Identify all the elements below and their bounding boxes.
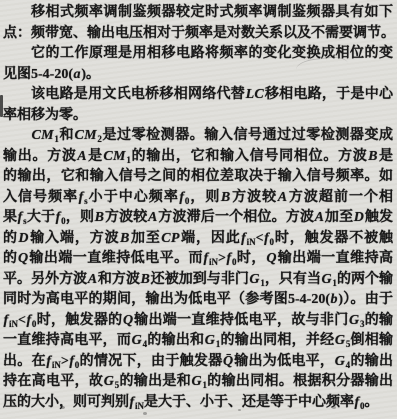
text-line: 果fs大于f0，则B方波较A方波滞后一个相位。方波A加至D触发器	[3, 208, 393, 229]
text-line: 压的大小，则可判别fiN是大于、小于、还是等于中心频率f0。	[3, 393, 393, 414]
text-line: CM1和CM2是过零检测器。输入信号通过过零检测器变成方波	[3, 126, 393, 147]
scanned-page: 移相式频率调制鉴频器较定时式频率调制鉴频器具有如下优点：频带宽、输出电压相对于频…	[0, 0, 397, 419]
text-line: 该电路是用文氏电桥移相网络代替LC移相电路，于是中心频	[3, 85, 393, 106]
text-line: 输出。方波A是CM1的输出，它和输入信号同相位。方波B是CM2	[3, 147, 393, 168]
text-line: 率相移为零。	[3, 106, 393, 127]
text-line: 的输出，它和输入信号之间的相位差取决于输入信号频率。如果输	[3, 167, 393, 188]
text-line: 入信号频率fs小于中心频率f0，则B方波较A方波超前一个相位，如	[3, 188, 393, 209]
text-line: 移相式频率调制鉴频器较定时式频率调制鉴频器具有如下优	[3, 3, 393, 24]
text-line: 一直维持高电平，而G4的输出和G1的输出同相，并经G5倒相输	[3, 331, 393, 352]
text-line: 的D输入端，方波B加至CP端，因此fiN<f0时，触发器不被触发，它	[3, 229, 393, 250]
text-line: 出。在fiN>f0的情况下，由于触发器Q̄输出为低电平，G4的输出维	[3, 352, 393, 373]
text-line: 同时为高电平的期间，输出为低电平（参考图5-4-20(b)）。由于	[3, 290, 393, 311]
text-line: 点：频带宽、输出电压相对于频率是对数关系以及不需要调节。	[3, 24, 393, 45]
text-line: 见图5-4-20(a)。	[3, 65, 393, 86]
text-line: 它的工作原理是用相移电路将频率的变化变换成相位的变化。	[3, 44, 393, 65]
text-line: fiN<f0时，触发器的Q输出端一直维持低电平，故与非门G3的输出	[3, 311, 393, 332]
body-text: 移相式频率调制鉴频器较定时式频率调制鉴频器具有如下优点：频带宽、输出电压相对于频…	[3, 3, 393, 413]
text-line: 的Q输出端一直维持低电平。而fiN>f0时，Q输出端一直维持高电	[3, 249, 393, 270]
text-line: 平。另外方波A和方波B还被加到与非门G1，只有当G1的两个输入	[3, 270, 393, 291]
text-line: 持在高电平，故G5的输出是和G1的输出同相。根据积分器输出电	[3, 372, 393, 393]
